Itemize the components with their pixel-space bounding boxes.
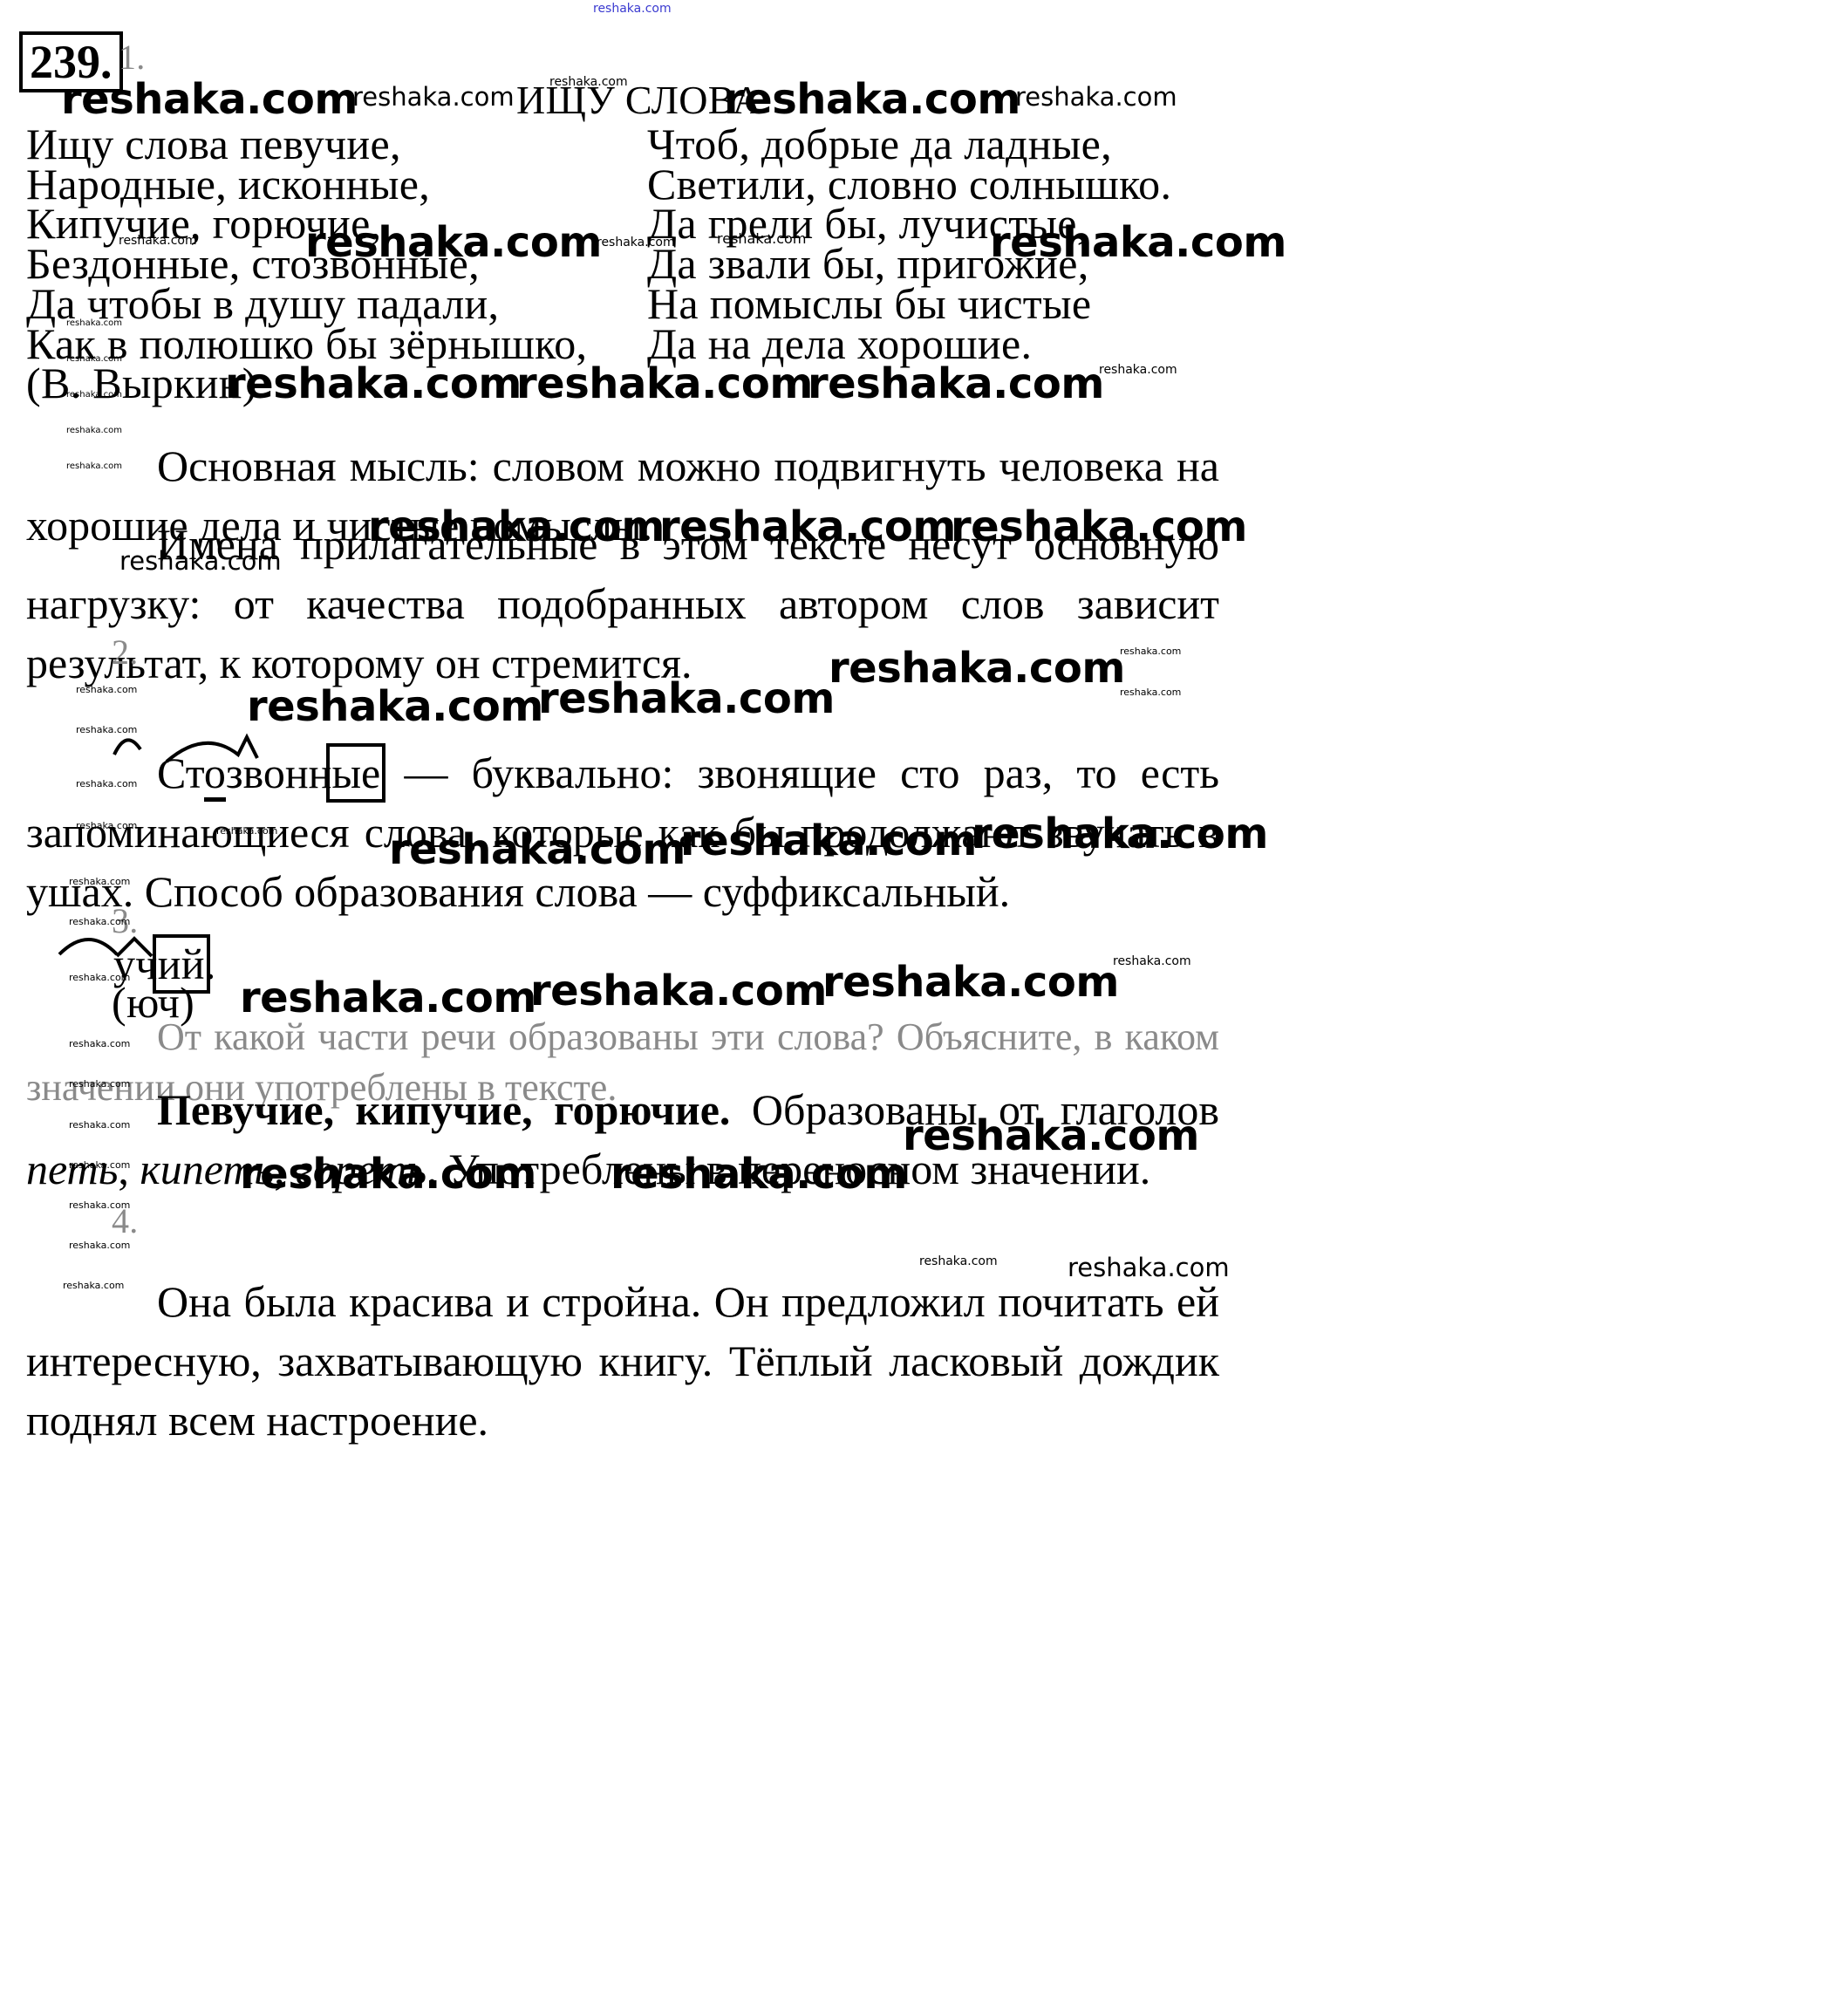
watermark: reshaka.com: [352, 82, 515, 112]
watermark: reshaka.com: [680, 817, 977, 865]
watermark: reshaka.com: [69, 1078, 130, 1090]
watermark-top: reshaka.com: [593, 2, 672, 16]
watermark: reshaka.com: [76, 684, 137, 695]
watermark: reshaka.com: [69, 1159, 130, 1171]
watermark: reshaka.com: [990, 218, 1286, 267]
part2-label: 2.: [112, 635, 139, 670]
watermark: reshaka.com: [389, 825, 686, 874]
watermark: reshaka.com: [1113, 954, 1191, 968]
watermark: reshaka.com: [66, 426, 122, 435]
watermark: reshaka.com: [69, 972, 130, 983]
watermark: reshaka.com: [69, 876, 130, 887]
watermark: reshaka.com: [66, 354, 122, 364]
watermark: reshaka.com: [63, 1280, 124, 1291]
watermark: reshaka.com: [69, 1240, 130, 1251]
watermark: reshaka.com: [1015, 82, 1177, 112]
watermark: reshaka.com: [516, 359, 813, 408]
connecting-vowel: о: [204, 748, 226, 802]
part4-paragraph: Она была красива и стройна. Он предложил…: [26, 1272, 1219, 1450]
watermark: reshaka.com: [305, 218, 602, 267]
word-stozvonnye: Стозвонные: [157, 748, 380, 802]
watermark: reshaka.com: [1099, 363, 1177, 377]
watermark: reshaka.com: [66, 461, 122, 471]
watermark: reshaka.com: [225, 359, 522, 408]
watermark: reshaka.com: [1120, 687, 1181, 698]
watermark: reshaka.com: [69, 1119, 130, 1131]
watermark: reshaka.com: [1068, 1253, 1230, 1282]
watermark: reshaka.com: [919, 1254, 998, 1268]
ending-box: ые: [331, 748, 380, 797]
watermark: reshaka.com: [76, 724, 137, 735]
watermark: reshaka.com: [597, 236, 675, 249]
watermark: reshaka.com: [822, 958, 1119, 1007]
watermark: reshaka.com: [611, 1150, 907, 1199]
watermark: reshaka.com: [76, 778, 137, 789]
watermark: reshaka.com: [549, 75, 628, 89]
watermark: reshaka.com: [808, 359, 1104, 408]
watermark: reshaka.com: [69, 1199, 130, 1211]
part1-label: 1.: [119, 40, 146, 75]
watermark: reshaka.com: [76, 820, 137, 831]
watermark: reshaka.com: [1120, 646, 1181, 657]
watermark: reshaka.com: [368, 502, 665, 551]
watermark: reshaka.com: [724, 75, 1020, 124]
watermark: reshaka.com: [69, 1038, 130, 1049]
watermark: reshaka.com: [66, 318, 122, 328]
watermark: reshaka.com: [240, 974, 536, 1022]
watermark: reshaka.com: [119, 546, 282, 576]
poem-author: (В. Выркин): [26, 361, 257, 405]
watermark: reshaka.com: [717, 230, 806, 247]
watermark: reshaka.com: [119, 234, 197, 248]
watermark: reshaka.com: [829, 644, 1125, 693]
watermark: reshaka.com: [659, 502, 956, 551]
watermark: reshaka.com: [240, 1150, 536, 1199]
watermark: reshaka.com: [530, 967, 827, 1015]
watermark: reshaka.com: [216, 825, 277, 837]
watermark: reshaka.com: [972, 810, 1268, 858]
watermark: reshaka.com: [538, 674, 835, 723]
watermark: reshaka.com: [66, 390, 122, 400]
watermark: reshaka.com: [69, 916, 130, 927]
watermark: reshaka.com: [61, 75, 358, 124]
watermark: reshaka.com: [951, 502, 1247, 551]
watermark: reshaka.com: [903, 1111, 1199, 1160]
watermark: reshaka.com: [247, 682, 543, 731]
